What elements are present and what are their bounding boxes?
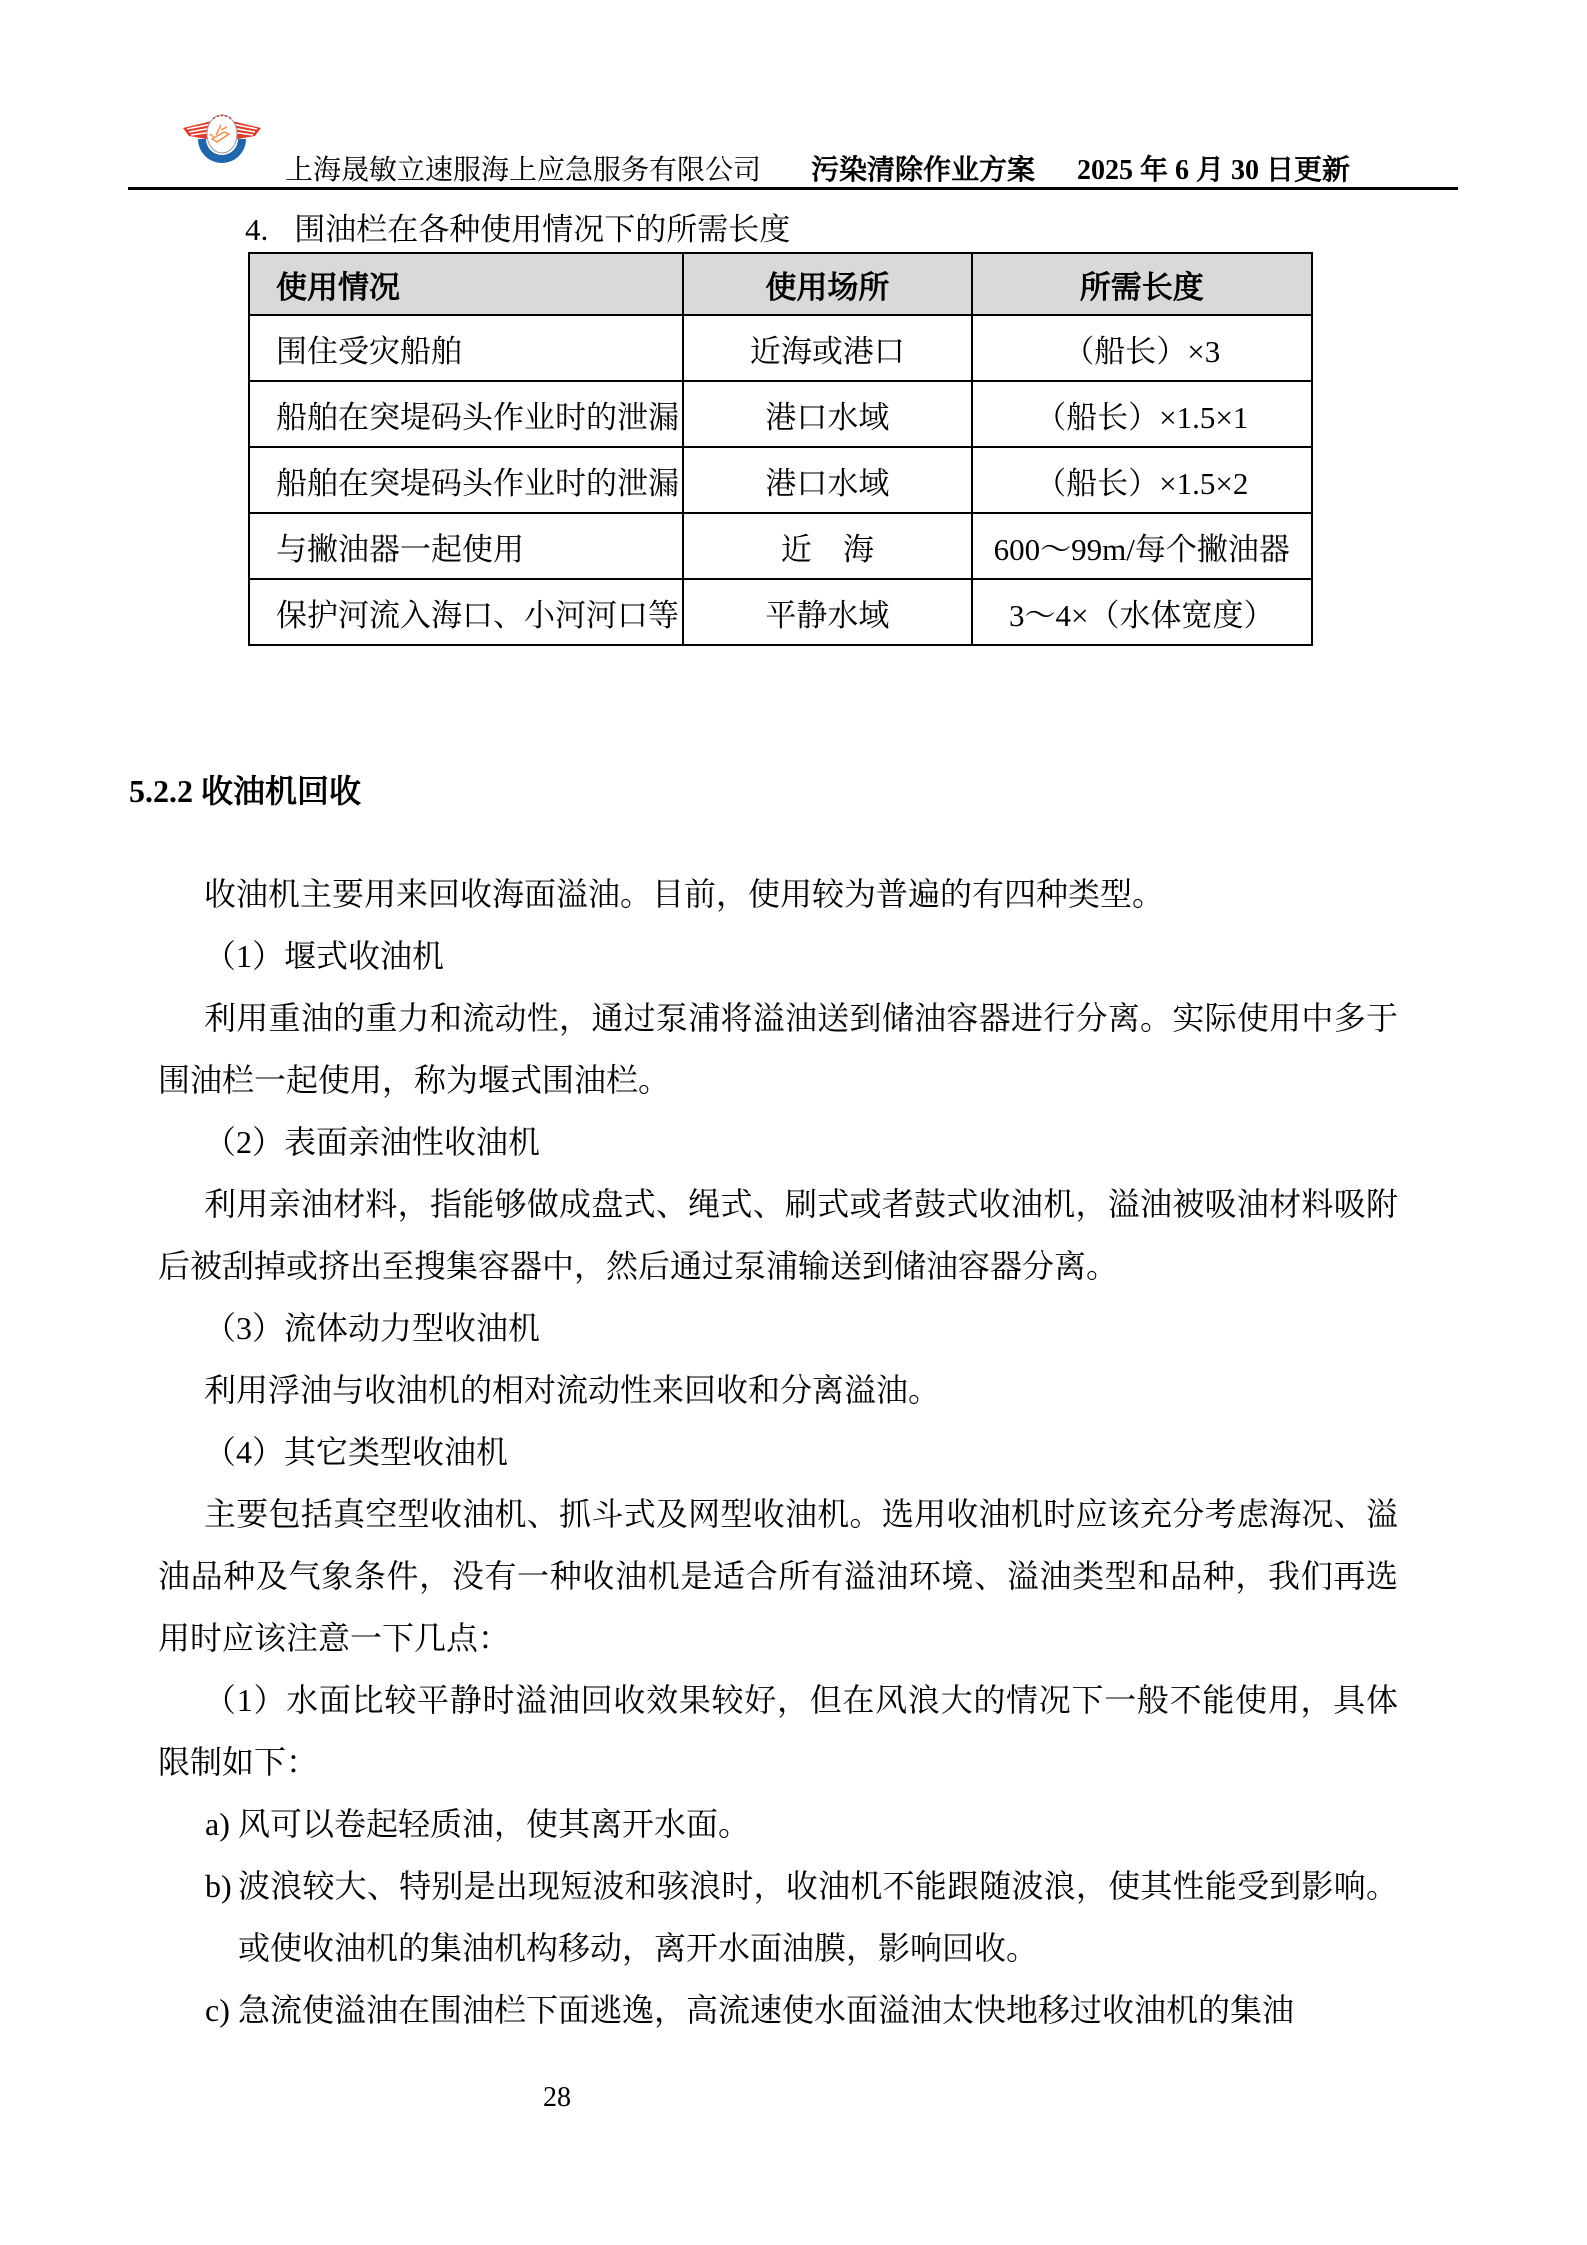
paragraph: 利用重油的重力和流动性，通过泵浦将溢油送到储油容器进行分离。实际使用中多于围油栏… (158, 987, 1398, 1111)
table-row: 船舶在突堤码头作业时的泄漏 港口水域 （船长）×1.5×1 (249, 381, 1312, 447)
paragraph: （3）流体动力型收油机 (158, 1297, 1398, 1359)
section4-number: 4. (245, 212, 268, 247)
cell-place: 港口水域 (683, 381, 971, 447)
cell-place: 港口水域 (683, 447, 971, 513)
cell-place: 近 海 (683, 513, 971, 579)
cell-situation: 与撇油器一起使用 (249, 513, 683, 579)
section522-body: 收油机主要用来回收海面溢油。目前，使用较为普遍的有四种类型。 （1）堰式收油机 … (158, 863, 1398, 2041)
cell-length: 600～99m/每个撇油器 (972, 513, 1312, 579)
list-marker: b) (205, 1855, 238, 1979)
company-logo-icon (181, 110, 263, 172)
list-text: 波浪较大、特别是出现短波和骇浪时，收油机不能跟随波浪，使其性能受到影响。或使收油… (238, 1855, 1398, 1979)
table-row: 与撇油器一起使用 近 海 600～99m/每个撇油器 (249, 513, 1312, 579)
cell-length: （船长）×1.5×2 (972, 447, 1312, 513)
section4-heading: 4.围油栏在各种使用情况下的所需长度 (245, 204, 790, 249)
section4-title: 围油栏在各种使用情况下的所需长度 (294, 212, 790, 247)
cell-place: 近海或港口 (683, 315, 971, 381)
cell-length: （船长）×1.5×1 (972, 381, 1312, 447)
paragraph: 收油机主要用来回收海面溢油。目前，使用较为普遍的有四种类型。 (158, 863, 1398, 925)
paragraph: 主要包括真空型收油机、抓斗式及网型收油机。选用收油机时应该充分考虑海况、溢油品种… (158, 1483, 1398, 1669)
list-marker: c) (205, 1979, 238, 2041)
paragraph: （1）堰式收油机 (158, 925, 1398, 987)
table-header-row: 使用情况 使用场所 所需长度 (249, 253, 1312, 315)
cell-situation: 保护河流入海口、小河河口等 (249, 579, 683, 645)
list-marker: a) (205, 1793, 238, 1855)
cell-length: 3～4×（水体宽度） (972, 579, 1312, 645)
paragraph: （1）水面比较平静时溢油回收效果较好，但在风浪大的情况下一般不能使用，具体限制如… (158, 1669, 1398, 1793)
updated-date: 2025 年 6 月 30 日更新 (1077, 148, 1350, 188)
cell-situation: 船舶在突堤码头作业时的泄漏 (249, 447, 683, 513)
document-title: 污染清除作业方案 (811, 148, 1035, 188)
paragraph: 利用亲油材料，指能够做成盘式、绳式、刷式或者鼓式收油机，溢油被吸油材料吸附后被刮… (158, 1173, 1398, 1297)
company-logo (181, 110, 263, 172)
header-length: 所需长度 (972, 253, 1312, 315)
header-divider (128, 187, 1458, 190)
cell-situation: 围住受灾船舶 (249, 315, 683, 381)
table-row: 船舶在突堤码头作业时的泄漏 港口水域 （船长）×1.5×2 (249, 447, 1312, 513)
table-row: 围住受灾船舶 近海或港口 （船长）×3 (249, 315, 1312, 381)
page-number: 28 (527, 2082, 587, 2114)
section522-heading: 5.2.2 收油机回收 (129, 766, 361, 812)
list-item: c) 急流使溢油在围油栏下面逃逸，高流速使水面溢油太快地移过收油机的集油 (205, 1979, 1398, 2041)
table-row: 保护河流入海口、小河河口等 平静水域 3～4×（水体宽度） (249, 579, 1312, 645)
list-text: 急流使溢油在围油栏下面逃逸，高流速使水面溢油太快地移过收油机的集油 (238, 1979, 1398, 2041)
list-item: a) 风可以卷起轻质油，使其离开水面。 (205, 1793, 1398, 1855)
document-page: 上海晟敏立速服海上应急服务有限公司 污染清除作业方案 2025 年 6 月 30… (0, 0, 1587, 2245)
paragraph: （4）其它类型收油机 (158, 1421, 1398, 1483)
paragraph: 利用浮油与收油机的相对流动性来回收和分离溢油。 (158, 1359, 1398, 1421)
cell-length: （船长）×3 (972, 315, 1312, 381)
page-header: 上海晟敏立速服海上应急服务有限公司 污染清除作业方案 2025 年 6 月 30… (285, 148, 1350, 188)
header-situation: 使用情况 (249, 253, 683, 315)
company-name: 上海晟敏立速服海上应急服务有限公司 (285, 148, 761, 188)
list-item: b) 波浪较大、特别是出现短波和骇浪时，收油机不能跟随波浪，使其性能受到影响。或… (205, 1855, 1398, 1979)
cell-situation: 船舶在突堤码头作业时的泄漏 (249, 381, 683, 447)
header-place: 使用场所 (683, 253, 971, 315)
boom-length-table: 使用情况 使用场所 所需长度 围住受灾船舶 近海或港口 （船长）×3 船舶在突堤… (248, 252, 1313, 646)
list-text: 风可以卷起轻质油，使其离开水面。 (238, 1793, 1398, 1855)
paragraph: （2）表面亲油性收油机 (158, 1111, 1398, 1173)
cell-place: 平静水域 (683, 579, 971, 645)
